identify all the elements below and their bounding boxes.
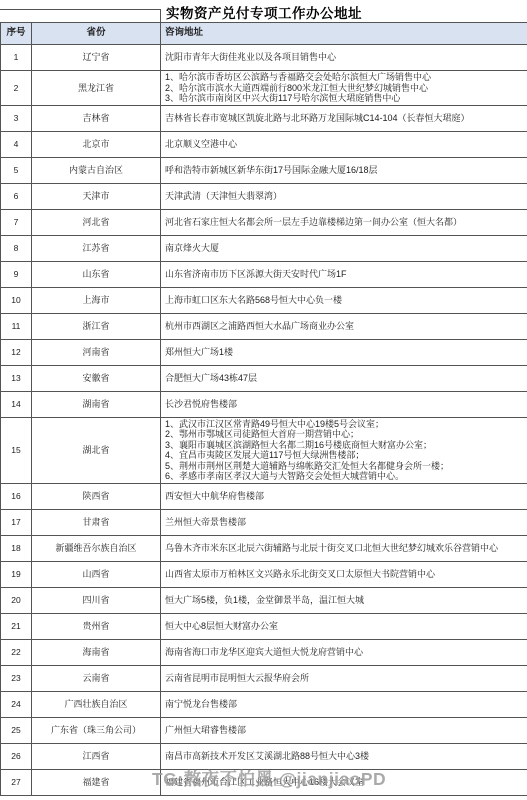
row-address: 山西省太原市万柏林区文兴路永乐北街交叉口太原恒大书院营销中心 bbox=[161, 561, 527, 587]
column-divider-segment bbox=[160, 9, 161, 22]
row-address: 海南省海口市龙华区迎宾大道恒大悦龙府营销中心 bbox=[161, 639, 527, 665]
address-line: 1、哈尔滨市香坊区公滨路与香福路交会处哈尔滨恒大广场销售中心 bbox=[165, 72, 523, 83]
address-line: 4、宜昌市夷陵区发展大道117号恒大绿洲售楼部； bbox=[165, 450, 523, 461]
row-province: 海南省 bbox=[32, 639, 161, 665]
row-serial-number: 6 bbox=[1, 183, 32, 209]
header-province: 省份 bbox=[32, 23, 161, 45]
row-province: 天津市 bbox=[32, 183, 161, 209]
row-serial-number: 18 bbox=[1, 535, 32, 561]
row-address: 乌鲁木齐市米东区北辰六街辅路与北辰十街交叉口北恒大世纪梦幻城欢乐谷营销中心 bbox=[161, 535, 527, 561]
table-row: 17甘肃省兰州恒大帝景售楼部 bbox=[1, 509, 527, 535]
table-row: 18新疆维吾尔族自治区乌鲁木齐市米东区北辰六街辅路与北辰十街交叉口北恒大世纪梦幻… bbox=[1, 535, 527, 561]
row-serial-number: 16 bbox=[1, 483, 32, 509]
address-line: 乌鲁木齐市米东区北辰六街辅路与北辰十街交叉口北恒大世纪梦幻城欢乐谷营销中心 bbox=[165, 543, 523, 554]
row-province: 湖北省 bbox=[32, 417, 161, 483]
address-line: 3、哈尔滨市南岗区中兴大街117号哈尔滨恒大珺庭销售中心 bbox=[165, 93, 523, 104]
row-address: 河北省石家庄恒大名都会所一层左手边靠楼梯边第一间办公室（恒大名都） bbox=[161, 209, 527, 235]
row-serial-number: 23 bbox=[1, 665, 32, 691]
row-address: 南京烽火大厦 bbox=[161, 235, 527, 261]
row-address: 杭州市西湖区之浦路西恒大水晶广场商业办公室 bbox=[161, 313, 527, 339]
row-province: 云南省 bbox=[32, 665, 161, 691]
table-row: 11浙江省杭州市西湖区之浦路西恒大水晶广场商业办公室 bbox=[1, 313, 527, 339]
row-address: 沈阳市青年大街佳兆业以及各项目销售中心 bbox=[161, 45, 527, 71]
address-line: 南京烽火大厦 bbox=[165, 243, 523, 254]
row-province: 河南省 bbox=[32, 339, 161, 365]
table-row: 19山西省山西省太原市万柏林区文兴路永乐北街交叉口太原恒大书院营销中心 bbox=[1, 561, 527, 587]
address-line: 杭州市西湖区之浦路西恒大水晶广场商业办公室 bbox=[165, 321, 523, 332]
row-address: 福建省福州市台江区工业路恒大中心16楼大会议室 bbox=[161, 769, 527, 795]
row-serial-number: 9 bbox=[1, 261, 32, 287]
table-body: 1辽宁省沈阳市青年大街佳兆业以及各项目销售中心2黑龙江省1、哈尔滨市香坊区公滨路… bbox=[1, 45, 527, 796]
row-serial-number: 3 bbox=[1, 105, 32, 131]
row-serial-number: 27 bbox=[1, 769, 32, 795]
row-serial-number: 2 bbox=[1, 71, 32, 106]
table-row: 4北京市北京顺义空港中心 bbox=[1, 131, 527, 157]
row-province: 上海市 bbox=[32, 287, 161, 313]
row-address: 天津武清（天津恒大翡翠湾） bbox=[161, 183, 527, 209]
table-row: 9山东省山东省济南市历下区泺源大街天安时代广场1F bbox=[1, 261, 527, 287]
table-row: 8江苏省南京烽火大厦 bbox=[1, 235, 527, 261]
header-consult-address: 咨询地址 bbox=[161, 23, 527, 45]
address-line: 山东省济南市历下区泺源大街天安时代广场1F bbox=[165, 269, 523, 280]
table-row: 1辽宁省沈阳市青年大街佳兆业以及各项目销售中心 bbox=[1, 45, 527, 71]
row-province: 吉林省 bbox=[32, 105, 161, 131]
row-province: 福建省 bbox=[32, 769, 161, 795]
row-address: 广州恒大珺睿售楼部 bbox=[161, 717, 527, 743]
row-province: 内蒙古自治区 bbox=[32, 157, 161, 183]
row-serial-number: 21 bbox=[1, 613, 32, 639]
row-serial-number: 8 bbox=[1, 235, 32, 261]
table-row: 10上海市上海市虹口区东大名路568号恒大中心负一楼 bbox=[1, 287, 527, 313]
row-address: 1、哈尔滨市香坊区公滨路与香福路交会处哈尔滨恒大广场销售中心2、哈尔滨市滨水大道… bbox=[161, 71, 527, 106]
address-line: 恒大中心8层恒大财富办公室 bbox=[165, 621, 523, 632]
address-line: 西安恒大中航华府售楼部 bbox=[165, 491, 523, 502]
address-line: 南宁悦龙台售楼部 bbox=[165, 699, 523, 710]
header-row: 序号 省份 咨询地址 bbox=[1, 23, 527, 45]
row-province: 山东省 bbox=[32, 261, 161, 287]
address-line: 山西省太原市万柏林区文兴路永乐北街交叉口太原恒大书院营销中心 bbox=[165, 569, 523, 580]
row-address: 南宁悦龙台售楼部 bbox=[161, 691, 527, 717]
table-row: 20四川省恒大广场5楼，负1楼，金堂御景半岛，温江恒大城 bbox=[1, 587, 527, 613]
table-row: 22海南省海南省海口市龙华区迎宾大道恒大悦龙府营销中心 bbox=[1, 639, 527, 665]
address-line: 上海市虹口区东大名路568号恒大中心负一楼 bbox=[165, 295, 523, 306]
address-line: 2、鄂州市鄂城区司徒路恒大首府一期营销中心； bbox=[165, 429, 523, 440]
table-row: 13安徽省合肥恒大广场43栋47层 bbox=[1, 365, 527, 391]
table-row: 6天津市天津武清（天津恒大翡翠湾） bbox=[1, 183, 527, 209]
row-serial-number: 13 bbox=[1, 365, 32, 391]
address-line: 1、武汉市江汉区常青路49号恒大中心19楼5号会议室； bbox=[165, 419, 523, 430]
address-line: 海南省海口市龙华区迎宾大道恒大悦龙府营销中心 bbox=[165, 647, 523, 658]
row-province: 江西省 bbox=[32, 743, 161, 769]
row-address: 合肥恒大广场43栋47层 bbox=[161, 365, 527, 391]
row-serial-number: 17 bbox=[1, 509, 32, 535]
address-line: 广州恒大珺睿售楼部 bbox=[165, 725, 523, 736]
row-province: 黑龙江省 bbox=[32, 71, 161, 106]
row-province: 广西壮族自治区 bbox=[32, 691, 161, 717]
row-serial-number: 12 bbox=[1, 339, 32, 365]
row-serial-number: 4 bbox=[1, 131, 32, 157]
row-address: 南昌市高新技术开发区艾溪湖北路88号恒大中心3楼 bbox=[161, 743, 527, 769]
row-serial-number: 26 bbox=[1, 743, 32, 769]
row-province: 陕西省 bbox=[32, 483, 161, 509]
header-serial-number: 序号 bbox=[1, 23, 32, 45]
address-line: 云南省昆明市昆明恒大云报华府会所 bbox=[165, 673, 523, 684]
address-line: 长沙君悦府售楼部 bbox=[165, 399, 523, 410]
row-serial-number: 5 bbox=[1, 157, 32, 183]
table-row: 14湖南省长沙君悦府售楼部 bbox=[1, 391, 527, 417]
address-line: 沈阳市青年大街佳兆业以及各项目销售中心 bbox=[165, 52, 523, 63]
table-row: 5内蒙古自治区呼和浩特市新城区新华东街17号国际金融大厦16/18层 bbox=[1, 157, 527, 183]
table-row: 3吉林省吉林省长春市宽城区凯旋北路与北环路万龙国际城C14-104（长春恒大珺庭… bbox=[1, 105, 527, 131]
row-address: 兰州恒大帝景售楼部 bbox=[161, 509, 527, 535]
row-serial-number: 10 bbox=[1, 287, 32, 313]
page-title: 实物资产兑付专项工作办公地址 bbox=[166, 2, 362, 22]
table-row: 26江西省南昌市高新技术开发区艾溪湖北路88号恒大中心3楼 bbox=[1, 743, 527, 769]
table-row: 27福建省福建省福州市台江区工业路恒大中心16楼大会议室 bbox=[1, 769, 527, 795]
row-address: 恒大中心8层恒大财富办公室 bbox=[161, 613, 527, 639]
row-serial-number: 15 bbox=[1, 417, 32, 483]
table-row: 25广东省（珠三角公司）广州恒大珺睿售楼部 bbox=[1, 717, 527, 743]
row-address: 云南省昆明市昆明恒大云报华府会所 bbox=[161, 665, 527, 691]
table-row: 16陕西省西安恒大中航华府售楼部 bbox=[1, 483, 527, 509]
row-address: 1、武汉市江汉区常青路49号恒大中心19楼5号会议室；2、鄂州市鄂城区司徒路恒大… bbox=[161, 417, 527, 483]
table-row: 7河北省河北省石家庄恒大名都会所一层左手边靠楼梯边第一间办公室（恒大名都） bbox=[1, 209, 527, 235]
row-serial-number: 14 bbox=[1, 391, 32, 417]
row-address: 山东省济南市历下区泺源大街天安时代广场1F bbox=[161, 261, 527, 287]
address-line: 6、孝感市孝南区孝汉大道与大智路交会处恒大城营销中心。 bbox=[165, 471, 523, 482]
row-province: 广东省（珠三角公司） bbox=[32, 717, 161, 743]
row-province: 安徽省 bbox=[32, 365, 161, 391]
table-row: 24广西壮族自治区南宁悦龙台售楼部 bbox=[1, 691, 527, 717]
table-row: 15湖北省1、武汉市江汉区常青路49号恒大中心19楼5号会议室；2、鄂州市鄂城区… bbox=[1, 417, 527, 483]
address-line: 北京顺义空港中心 bbox=[165, 139, 523, 150]
address-line: 兰州恒大帝景售楼部 bbox=[165, 517, 523, 528]
row-address: 长沙君悦府售楼部 bbox=[161, 391, 527, 417]
address-line: 吉林省长春市宽城区凯旋北路与北环路万龙国际城C14-104（长春恒大珺庭） bbox=[165, 113, 523, 124]
row-province: 甘肃省 bbox=[32, 509, 161, 535]
row-serial-number: 24 bbox=[1, 691, 32, 717]
address-line: 5、荆州市荆州区荆楚大道辅路与绵帐路交汇处恒大名都健身会所一楼； bbox=[165, 461, 523, 472]
row-province: 北京市 bbox=[32, 131, 161, 157]
address-line: 郑州恒大广场1楼 bbox=[165, 347, 523, 358]
address-line: 呼和浩特市新城区新华东街17号国际金融大厦16/18层 bbox=[165, 165, 523, 176]
address-line: 3、襄阳市襄城区滨湖路恒大名都二期16号楼底商恒大财富办公室； bbox=[165, 440, 523, 451]
row-serial-number: 20 bbox=[1, 587, 32, 613]
row-province: 山西省 bbox=[32, 561, 161, 587]
row-serial-number: 22 bbox=[1, 639, 32, 665]
table-row: 21贵州省恒大中心8层恒大财富办公室 bbox=[1, 613, 527, 639]
row-serial-number: 1 bbox=[1, 45, 32, 71]
address-line: 合肥恒大广场43栋47层 bbox=[165, 373, 523, 384]
row-address: 恒大广场5楼，负1楼，金堂御景半岛，温江恒大城 bbox=[161, 587, 527, 613]
row-province: 贵州省 bbox=[32, 613, 161, 639]
office-address-table: 序号 省份 咨询地址 1辽宁省沈阳市青年大街佳兆业以及各项目销售中心2黑龙江省1… bbox=[0, 22, 527, 796]
row-address: 北京顺义空港中心 bbox=[161, 131, 527, 157]
row-province: 辽宁省 bbox=[32, 45, 161, 71]
title-bar: 实物资产兑付专项工作办公地址 bbox=[0, 0, 527, 22]
address-line: 福建省福州市台江区工业路恒大中心16楼大会议室 bbox=[165, 777, 523, 788]
row-province: 浙江省 bbox=[32, 313, 161, 339]
address-line: 恒大广场5楼，负1楼，金堂御景半岛，温江恒大城 bbox=[165, 595, 523, 606]
address-line: 河北省石家庄恒大名都会所一层左手边靠楼梯边第一间办公室（恒大名都） bbox=[165, 217, 523, 228]
row-province: 江苏省 bbox=[32, 235, 161, 261]
row-province: 湖南省 bbox=[32, 391, 161, 417]
row-serial-number: 7 bbox=[1, 209, 32, 235]
row-serial-number: 19 bbox=[1, 561, 32, 587]
row-address: 吉林省长春市宽城区凯旋北路与北环路万龙国际城C14-104（长春恒大珺庭） bbox=[161, 105, 527, 131]
row-province: 河北省 bbox=[32, 209, 161, 235]
row-address: 西安恒大中航华府售楼部 bbox=[161, 483, 527, 509]
row-address: 郑州恒大广场1楼 bbox=[161, 339, 527, 365]
row-province: 新疆维吾尔族自治区 bbox=[32, 535, 161, 561]
address-line: 天津武清（天津恒大翡翠湾） bbox=[165, 191, 523, 202]
address-line: 2、哈尔滨市滨水大道西端前行800米龙江恒大世纪梦幻城销售中心 bbox=[165, 83, 523, 94]
row-serial-number: 11 bbox=[1, 313, 32, 339]
table-row: 23云南省云南省昆明市昆明恒大云报华府会所 bbox=[1, 665, 527, 691]
table-row: 2黑龙江省1、哈尔滨市香坊区公滨路与香福路交会处哈尔滨恒大广场销售中心2、哈尔滨… bbox=[1, 71, 527, 106]
table-top-border-segment bbox=[0, 9, 160, 10]
row-serial-number: 25 bbox=[1, 717, 32, 743]
address-line: 南昌市高新技术开发区艾溪湖北路88号恒大中心3楼 bbox=[165, 751, 523, 762]
row-address: 呼和浩特市新城区新华东街17号国际金融大厦16/18层 bbox=[161, 157, 527, 183]
row-province: 四川省 bbox=[32, 587, 161, 613]
row-address: 上海市虹口区东大名路568号恒大中心负一楼 bbox=[161, 287, 527, 313]
table-row: 12河南省郑州恒大广场1楼 bbox=[1, 339, 527, 365]
